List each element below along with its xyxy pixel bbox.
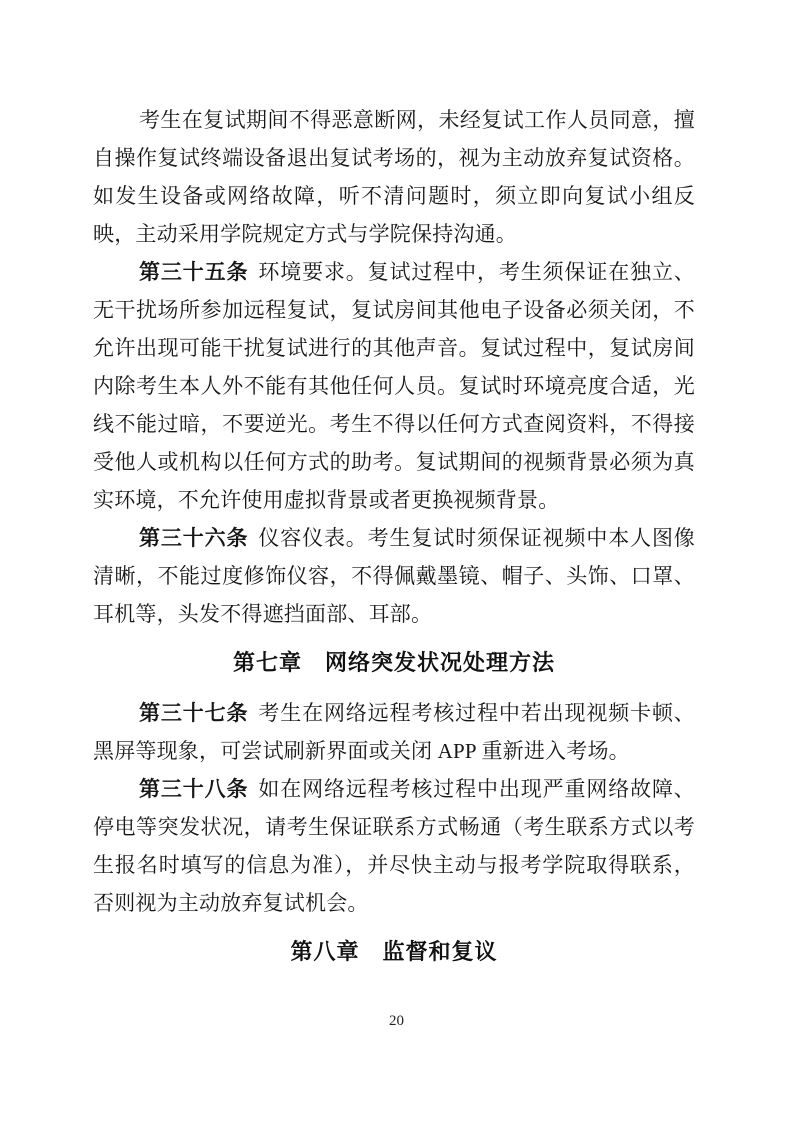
page-number: 20 — [0, 1011, 793, 1031]
paragraph-article-36: 第三十六条仪容仪表。考生复试时须保证视频中本人图像清晰，不能过度修饰仪容，不得佩… — [93, 519, 695, 633]
paragraph-article-35: 第三十五条环境要求。复试过程中，考生须保证在独立、无干扰场所参加远程复试，复试房… — [93, 253, 695, 519]
article-36-number: 第三十六条 — [139, 526, 248, 550]
paragraph-article34-continuation: 考生在复试期间不得恶意断网，未经复试工作人员同意，擅自操作复试终端设备退出复试考… — [93, 101, 695, 253]
document-content: 考生在复试期间不得恶意断网，未经复试工作人员同意，擅自操作复试终端设备退出复试考… — [93, 101, 695, 983]
article-37-number: 第三十七条 — [139, 701, 248, 725]
paragraph-article-38: 第三十八条如在网络远程考核过程中出现严重网络故障、停电等突发状况，请考生保证联系… — [93, 770, 695, 922]
document-page: 考生在复试期间不得恶意断网，未经复试工作人员同意，擅自操作复试终端设备退出复试考… — [0, 0, 793, 1122]
article-35-text: 环境要求。复试过程中，考生须保证在独立、无干扰场所参加远程复试，复试房间其他电子… — [93, 260, 695, 512]
article-38-number: 第三十八条 — [139, 777, 248, 801]
chapter-7-heading: 第七章 网络突发状况处理方法 — [93, 644, 695, 682]
chapter-8-heading: 第八章 监督和复议 — [93, 933, 695, 971]
article-35-number: 第三十五条 — [139, 260, 248, 284]
paragraph-article-37: 第三十七条考生在网络远程考核过程中若出现视频卡顿、黑屏等现象，可尝试刷新界面或关… — [93, 694, 695, 770]
